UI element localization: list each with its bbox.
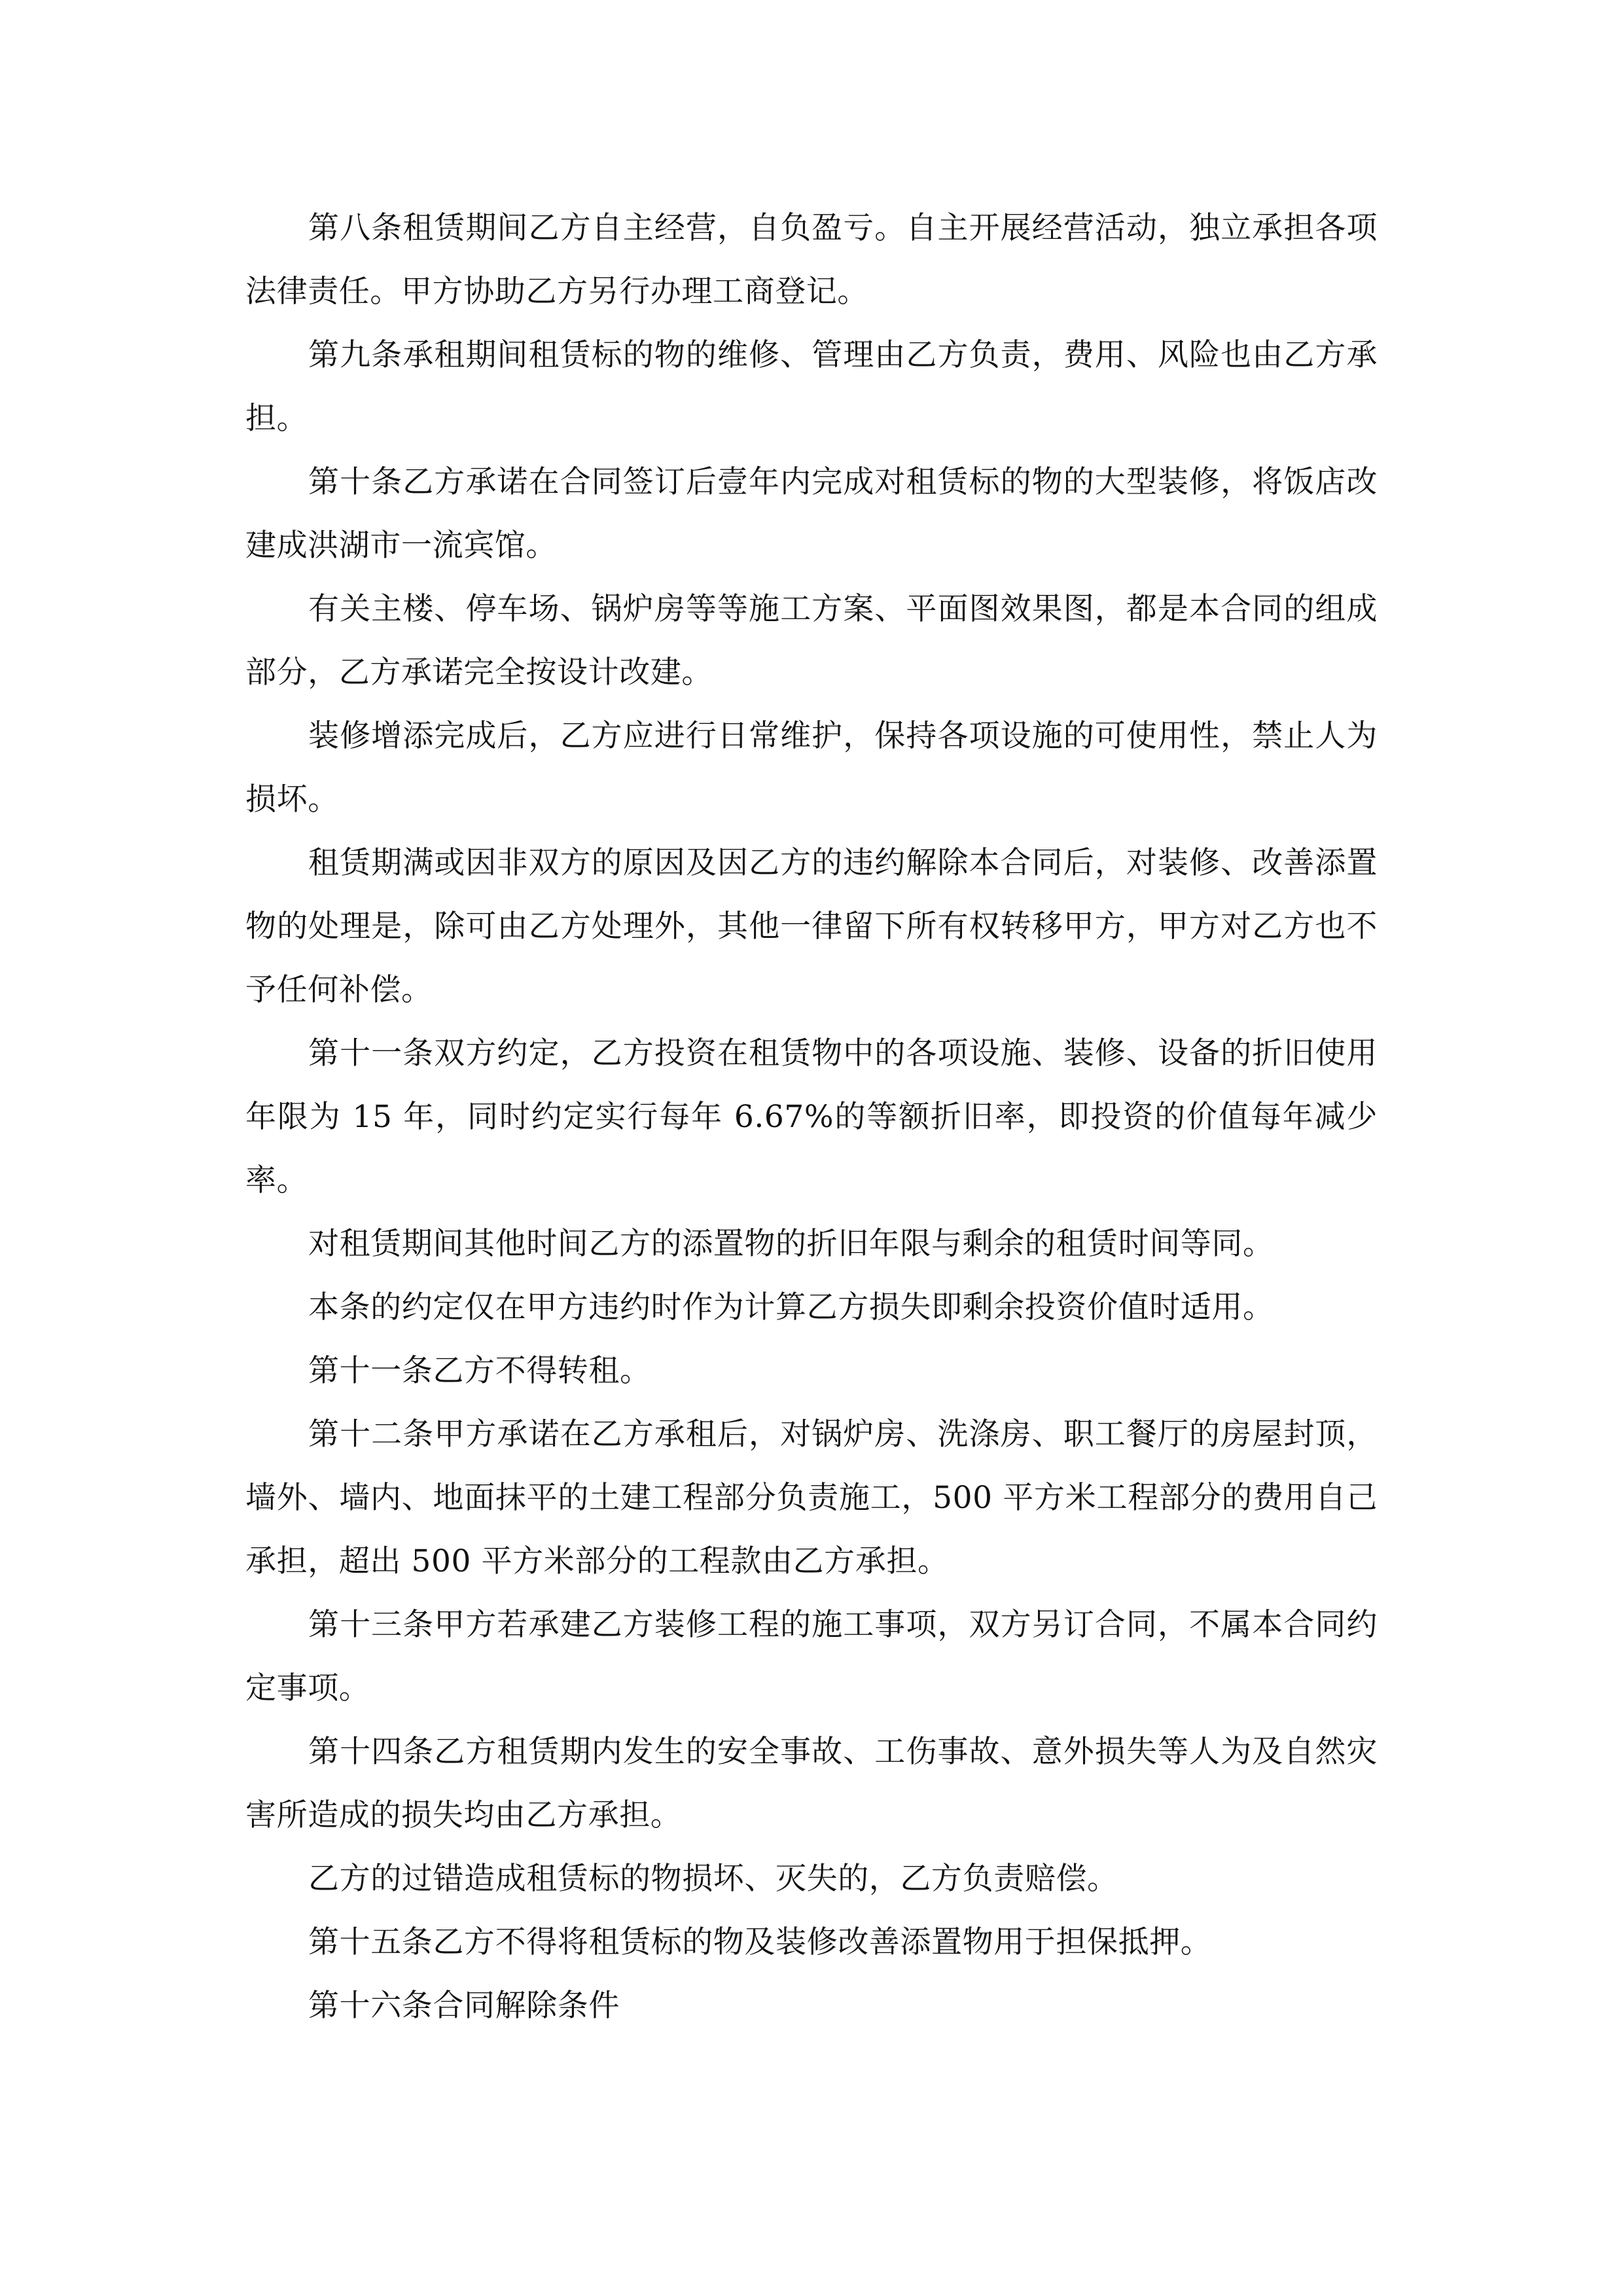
paragraph-construction-plans: 有关主楼、停车场、锅炉房等等施工方案、平面图效果图，都是本合同的组成部分，乙方承… xyxy=(245,577,1378,704)
paragraph-article-16-heading: 第十六条合同解除条件 xyxy=(245,1974,1378,2037)
paragraph-article-15: 第十五条乙方不得将租赁标的物及装修改善添置物用于担保抵押。 xyxy=(245,1910,1378,1974)
paragraph-article-9: 第九条承租期间租赁标的物的维修、管理由乙方负责，费用、风险也由乙方承担。 xyxy=(245,323,1378,450)
document-page: 第八条租赁期间乙方自主经营，自负盈亏。自主开展经营活动，独立承担各项法律责任。甲… xyxy=(245,196,1378,2037)
paragraph-damage-liability: 乙方的过错造成租赁标的物损坏、灭失的，乙方负责赔偿。 xyxy=(245,1847,1378,1910)
paragraph-article-13: 第十三条甲方若承建乙方装修工程的施工事项，双方另订合同，不属本合同约定事项。 xyxy=(245,1593,1378,1720)
paragraph-other-additions: 对租赁期间其他时间乙方的添置物的折旧年限与剩余的租赁时间等同。 xyxy=(245,1212,1378,1276)
paragraph-article-10: 第十条乙方承诺在合同签订后壹年内完成对租赁标的物的大型装修，将饭店改建成洪湖市一… xyxy=(245,450,1378,577)
paragraph-article-14: 第十四条乙方租赁期内发生的安全事故、工伤事故、意外损失等人为及自然灾害所造成的损… xyxy=(245,1720,1378,1847)
paragraph-applicability: 本条的约定仅在甲方违约时作为计算乙方损失即剩余投资价值时适用。 xyxy=(245,1276,1378,1339)
paragraph-article-11-sublease: 第十一条乙方不得转租。 xyxy=(245,1339,1378,1403)
paragraph-article-12: 第十二条甲方承诺在乙方承租后，对锅炉房、洗涤房、职工餐厅的房屋封顶，墙外、墙内、… xyxy=(245,1403,1378,1593)
paragraph-article-11-depreciation: 第十一条双方约定，乙方投资在租赁物中的各项设施、装修、设备的折旧使用年限为 15… xyxy=(245,1022,1378,1212)
paragraph-lease-expiry: 租赁期满或因非双方的原因及因乙方的违约解除本合同后，对装修、改善添置物的处理是，… xyxy=(245,831,1378,1022)
paragraph-maintenance: 装修增添完成后，乙方应进行日常维护，保持各项设施的可使用性，禁止人为损坏。 xyxy=(245,704,1378,831)
paragraph-article-8: 第八条租赁期间乙方自主经营，自负盈亏。自主开展经营活动，独立承担各项法律责任。甲… xyxy=(245,196,1378,323)
